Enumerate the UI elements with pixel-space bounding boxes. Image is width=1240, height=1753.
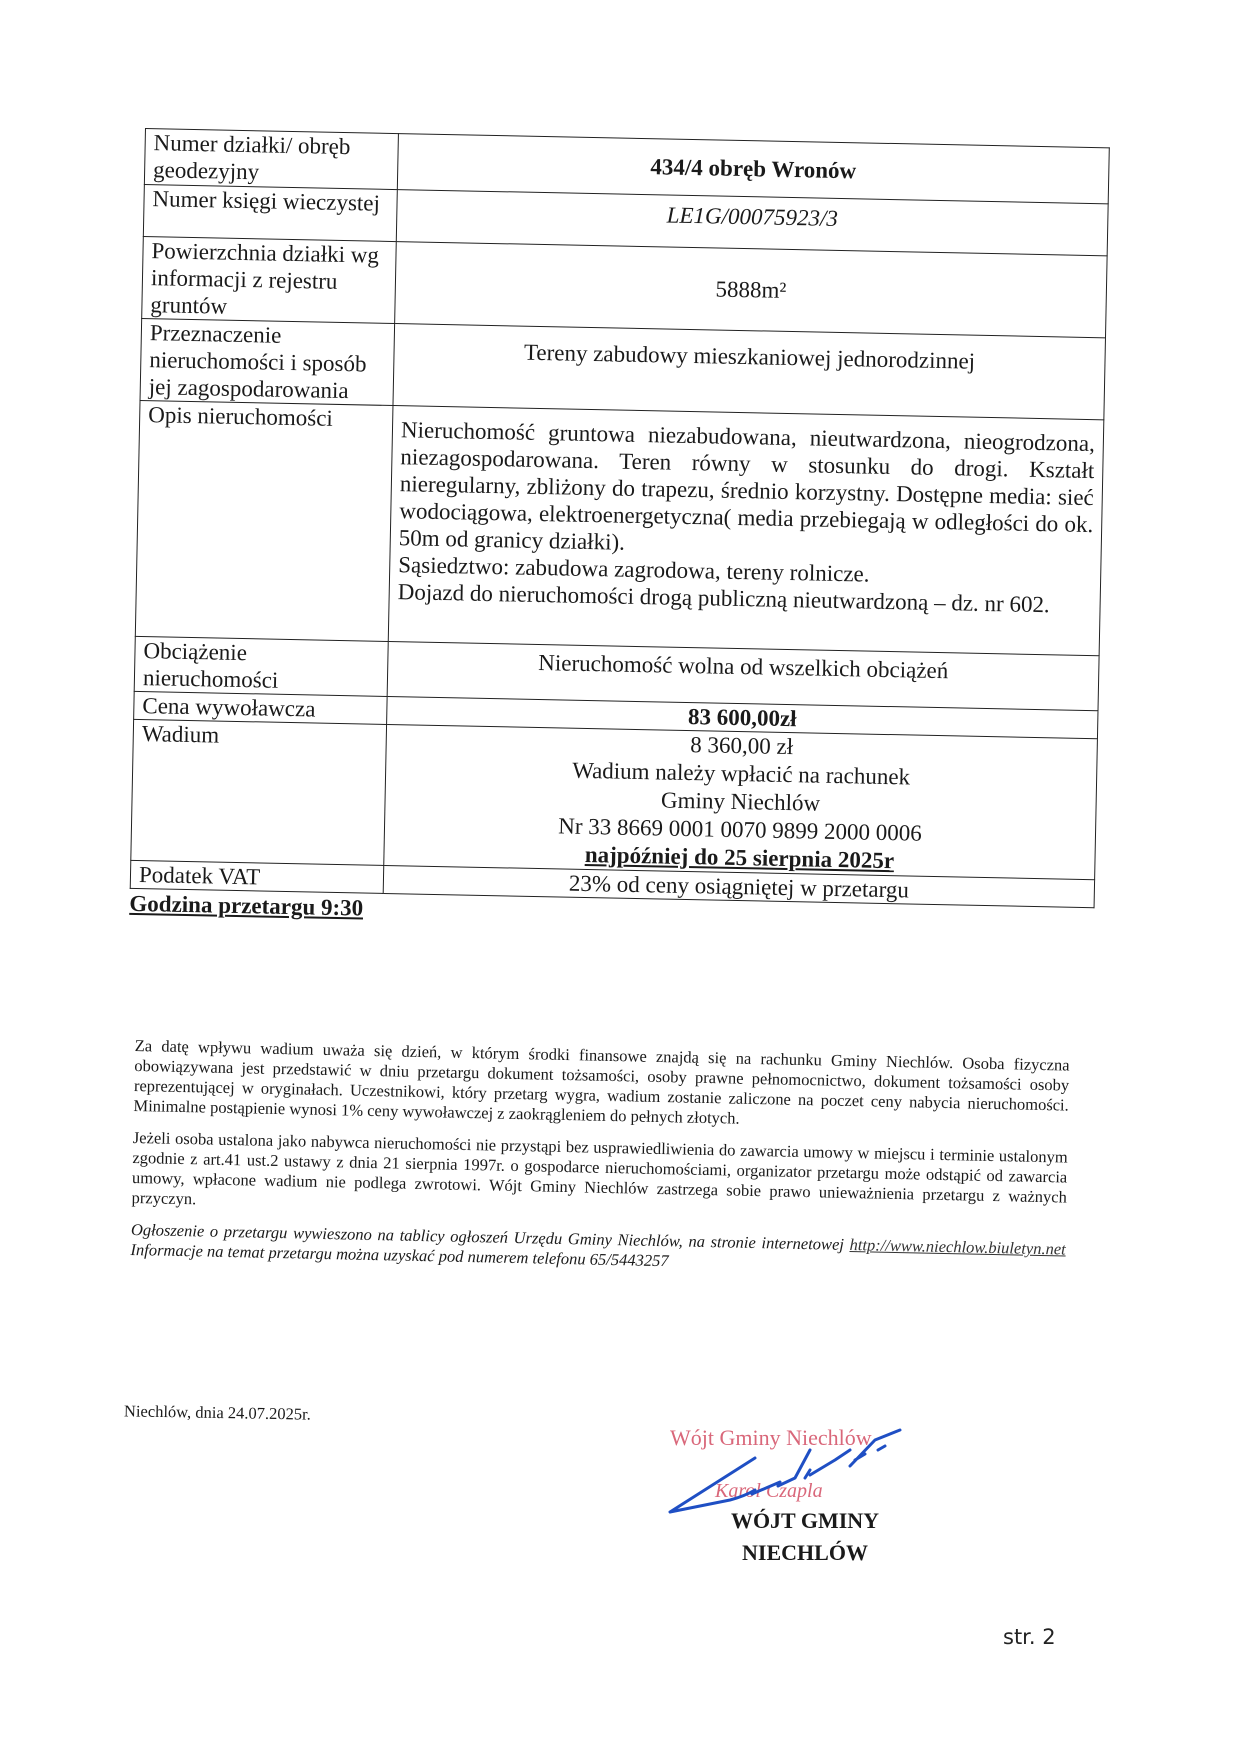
property-table: Numer działki/ obręb geodezyjny 434/4 ob…	[130, 128, 1110, 908]
row-label: Cena wywoławcza	[134, 691, 388, 724]
row-label: Wadium	[131, 719, 387, 865]
auction-notes: Za datę wpływu wadium uważa się dzień, w…	[130, 1036, 1070, 1292]
handwritten-signature-icon	[660, 1420, 920, 1515]
document-page: Numer działki/ obręb geodezyjny 434/4 ob…	[0, 0, 1240, 1753]
description-cell: Nieruchomość gruntowa niezabudowana, nie…	[388, 406, 1104, 656]
row-label: Numer księgi wieczystej	[143, 184, 397, 241]
signatory-title: WÓJT GMINY NIECHLÓW	[705, 1505, 905, 1569]
table-row: Opis nieruchomości Nieruchomość gruntowa…	[135, 400, 1104, 655]
description-text: Nieruchomość gruntowa niezabudowana, nie…	[399, 416, 1096, 565]
withdrawal-note: Jeżeli osoba ustalona jako nabywca nieru…	[131, 1128, 1067, 1228]
deposit-note: Za datę wpływu wadium uważa się dzień, w…	[133, 1036, 1069, 1136]
property-table-block: Numer działki/ obręb geodezyjny 434/4 ob…	[129, 128, 1110, 936]
signatory-line-1: WÓJT GMINY	[705, 1505, 905, 1537]
table-row: Wadium 8 360,00 zł Wadium należy wpłacić…	[131, 719, 1098, 879]
row-label: Podatek VAT	[130, 860, 384, 893]
place-and-date: Niechlów, dnia 24.07.2025r.	[124, 1401, 311, 1424]
signature-block: Wójt Gminy Niechlów Karol Czapla	[660, 1420, 920, 1515]
plot-area-value: 5888m²	[395, 242, 1108, 338]
row-label: Obciążenie nieruchomości	[134, 636, 388, 696]
publication-note: Ogłoszenie o przetargu wywieszono na tab…	[130, 1220, 1066, 1280]
row-label: Przeznaczenie nieruchomości i sposób jej…	[140, 318, 395, 405]
bulletin-link[interactable]: http://www.niechlow.biuletyn.net	[849, 1235, 1066, 1259]
row-label: Numer działki/ obręb geodezyjny	[144, 129, 398, 190]
row-label: Opis nieruchomości	[135, 400, 393, 641]
deposit-cell: 8 360,00 zł Wadium należy wpłacić na rac…	[384, 724, 1098, 879]
purpose-value: Tereny zabudowy mieszkaniowej jednorodzi…	[393, 324, 1106, 420]
signatory-line-2: NIECHLÓW	[705, 1537, 905, 1569]
row-label: Powierzchnia działki wg informacji z rej…	[142, 236, 397, 323]
page-number: str. 2	[1003, 1625, 1056, 1649]
